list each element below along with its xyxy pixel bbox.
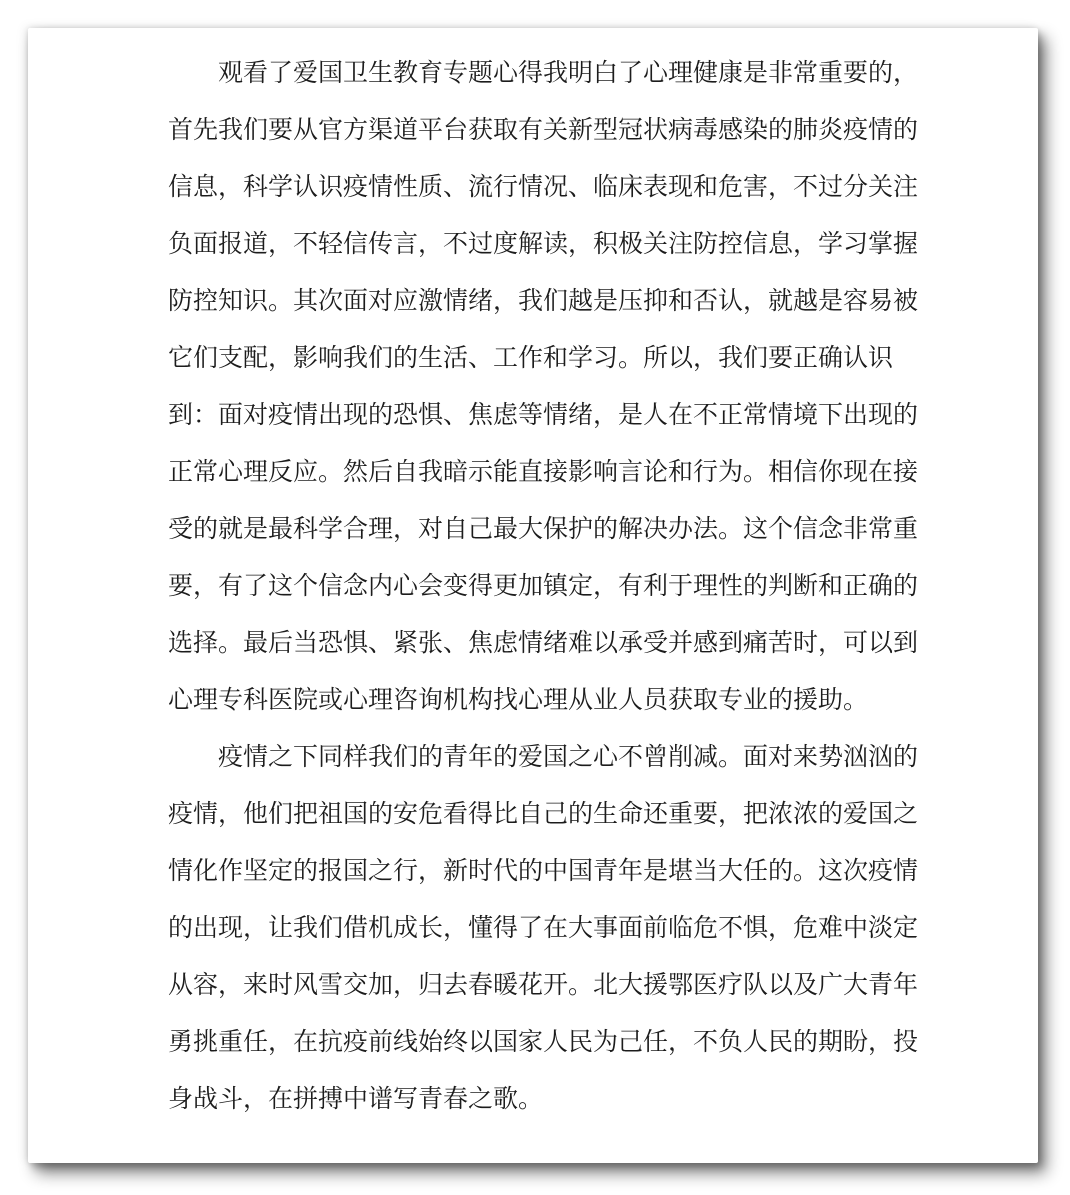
text-line: 信息，科学认识疫情性质、流行情况、临床表现和危害，不过分关注 (168, 158, 903, 215)
text-line: 的出现，让我们借机成长，懂得了在大事面前临危不惧，危难中淡定 (168, 899, 903, 956)
document-page: 观看了爱国卫生教育专题心得我明白了心理健康是非常重要的，首先我们要从官方渠道平台… (28, 28, 1038, 1163)
text-line: 情化作坚定的报国之行，新时代的中国青年是堪当大任的。这次疫情 (168, 842, 903, 899)
text-line: 首先我们要从官方渠道平台获取有关新型冠状病毒感染的肺炎疫情的 (168, 101, 903, 158)
text-line: 身战斗，在拼搏中谱写青春之歌。 (168, 1070, 903, 1127)
text-line: 负面报道，不轻信传言，不过度解读，积极关注防控信息，学习掌握 (168, 215, 903, 272)
text-line: 从容，来时风雪交加，归去春暖花开。北大援鄂医疗队以及广大青年 (168, 956, 903, 1013)
text-line: 到：面对疫情出现的恐惧、焦虑等情绪，是人在不正常情境下出现的 (168, 386, 903, 443)
text-line: 勇挑重任，在抗疫前线始终以国家人民为己任，不负人民的期盼，投 (168, 1013, 903, 1070)
text-line: 受的就是最科学合理，对自己最大保护的解决办法。这个信念非常重 (168, 500, 903, 557)
text-line: 正常心理反应。然后自我暗示能直接影响言论和行为。相信你现在接 (168, 443, 903, 500)
text-line: 选择。最后当恐惧、紧张、焦虑情绪难以承受并感到痛苦时，可以到 (168, 614, 903, 671)
text-line: 要，有了这个信念内心会变得更加镇定，有利于理性的判断和正确的 (168, 557, 903, 614)
text-line: 心理专科医院或心理咨询机构找心理从业人员获取专业的援助。 (168, 671, 903, 728)
text-line: 防控知识。其次面对应激情绪，我们越是压抑和否认，就越是容易被 (168, 272, 903, 329)
screenshot-canvas: 观看了爱国卫生教育专题心得我明白了心理健康是非常重要的，首先我们要从官方渠道平台… (0, 0, 1070, 1195)
text-line: 观看了爱国卫生教育专题心得我明白了心理健康是非常重要的， (168, 44, 903, 101)
document-body: 观看了爱国卫生教育专题心得我明白了心理健康是非常重要的，首先我们要从官方渠道平台… (168, 44, 903, 1127)
text-line: 疫情之下同样我们的青年的爱国之心不曾削减。面对来势汹汹的 (168, 728, 903, 785)
text-line: 疫情，他们把祖国的安危看得比自己的生命还重要，把浓浓的爱国之 (168, 785, 903, 842)
text-line: 它们支配，影响我们的生活、工作和学习。所以，我们要正确认识 (168, 329, 903, 386)
